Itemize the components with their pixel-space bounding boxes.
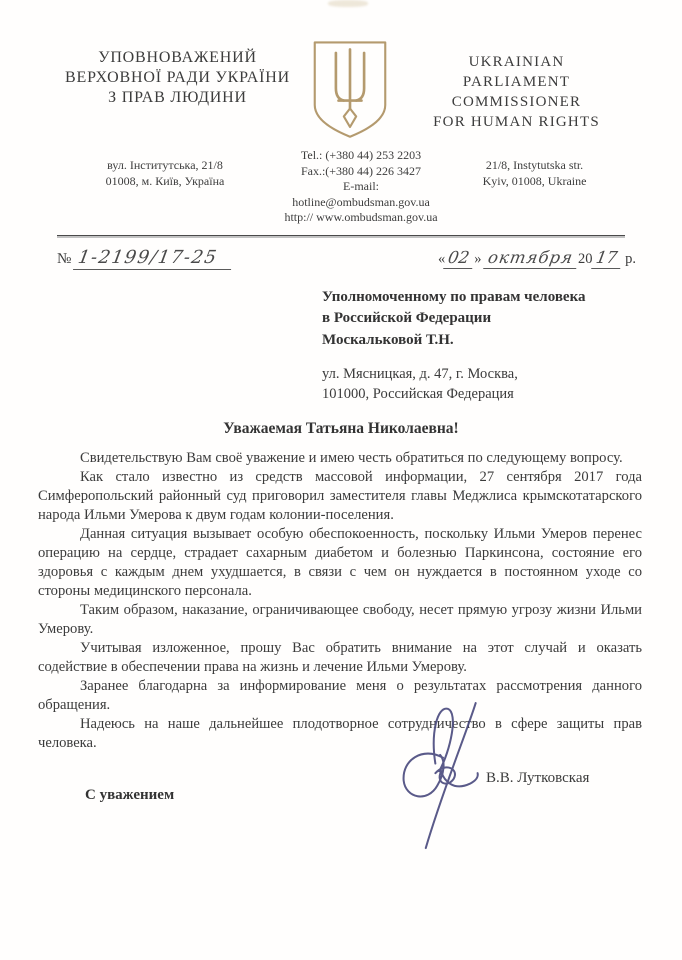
body-paragraph: Как стало известно из средств массовой и… bbox=[38, 468, 642, 525]
reference-number: № 1-2199/17-25 bbox=[57, 247, 233, 270]
contact-block: вул. Інститутська, 21/8 01008, м. Київ, … bbox=[0, 142, 682, 226]
org-en-line: UKRAINIAN bbox=[399, 52, 634, 72]
recipient-title: Уполномоченному по правам человека bbox=[322, 287, 636, 309]
trident-shield-icon bbox=[304, 38, 396, 142]
year-handwritten: 17 bbox=[591, 248, 624, 269]
recipient-block: Уполномоченному по правам человека в Рос… bbox=[322, 287, 636, 405]
signature-icon bbox=[396, 700, 492, 854]
closing-regards: С уважением bbox=[85, 787, 174, 804]
contact-details: Tel.: (+380 44) 253 2203 Fax.:(+380 44) … bbox=[275, 148, 447, 226]
org-uk-line: ВЕРХОВНОЇ РАДИ УКРАЇНИ bbox=[55, 68, 300, 88]
fax-line: Fax.:(+380 44) 226 3427 bbox=[275, 164, 447, 180]
body-paragraph: Таким образом, наказание, ограничивающее… bbox=[38, 601, 642, 639]
recipient-title: в Российской Федерации bbox=[322, 308, 636, 330]
phone-line: Tel.: (+380 44) 253 2203 bbox=[275, 148, 447, 164]
reference-row: № 1-2199/17-25 «02» октября2017 р. bbox=[0, 238, 682, 270]
address-ukrainian: вул. Інститутська, 21/8 01008, м. Київ, … bbox=[55, 148, 275, 226]
org-name-english: UKRAINIAN PARLIAMENT COMMISSIONER FOR HU… bbox=[399, 42, 634, 132]
org-uk-line: УПОВНОВАЖЕНИЙ bbox=[55, 48, 300, 68]
body-paragraph: Заранее благодарна за информирование мен… bbox=[38, 677, 642, 715]
org-en-line: PARLIAMENT COMMISSIONER bbox=[399, 72, 634, 112]
recipient-name: Москальковой Т.Н. bbox=[322, 330, 636, 352]
salutation: Уважаемая Татьяна Николаевна! bbox=[0, 420, 682, 438]
email-line: E-mail: hotline@ombudsman.gov.ua bbox=[275, 179, 447, 210]
letter-page: УПОВНОВАЖЕНИЙ ВЕРХОВНОЇ РАДИ УКРАЇНИ З П… bbox=[0, 0, 682, 960]
ukraine-trident-emblem bbox=[300, 38, 399, 142]
body-paragraph: Данная ситуация вызывает особую обеспоко… bbox=[38, 525, 642, 601]
org-uk-line: З ПРАВ ЛЮДИНИ bbox=[55, 88, 300, 108]
body-paragraph: Учитывая изложенное, прошу Вас обратить … bbox=[38, 639, 642, 677]
reference-number-handwritten: 1-2199/17-25 bbox=[73, 247, 235, 270]
date-line: «02» октября2017 р. bbox=[438, 248, 636, 269]
website-line: http:// www.ombudsman.gov.ua bbox=[275, 210, 447, 226]
year-suffix: р. bbox=[625, 251, 636, 267]
close-quote: » bbox=[474, 251, 481, 267]
day-handwritten: 02 bbox=[443, 248, 476, 269]
handwritten-signature bbox=[396, 700, 492, 859]
letterhead: УПОВНОВАЖЕНИЙ ВЕРХОВНОЇ РАДИ УКРАЇНИ З П… bbox=[0, 0, 682, 142]
org-name-ukrainian: УПОВНОВАЖЕНИЙ ВЕРХОВНОЇ РАДИ УКРАЇНИ З П… bbox=[55, 42, 300, 108]
address-english: 21/8, Instytutska str. Kyiv, 01008, Ukra… bbox=[447, 148, 622, 226]
month-handwritten: октября bbox=[483, 248, 580, 269]
year-prefix: 20 bbox=[578, 251, 593, 267]
body-paragraph: Надеюсь на наше дальнейшее плодотворное … bbox=[38, 715, 642, 753]
signer-name: В.В. Лутковская bbox=[486, 770, 589, 787]
scan-artifact bbox=[328, 0, 368, 7]
letter-body: Свидетельствую Вам своё уважение и имею … bbox=[0, 449, 682, 753]
org-en-line: FOR HUMAN RIGHTS bbox=[399, 112, 634, 132]
recipient-address: ул. Мясницкая, д. 47, г. Москва, 101000,… bbox=[322, 364, 636, 404]
number-sign: № bbox=[57, 251, 71, 267]
body-paragraph: Свидетельствую Вам своё уважение и имею … bbox=[38, 449, 642, 468]
